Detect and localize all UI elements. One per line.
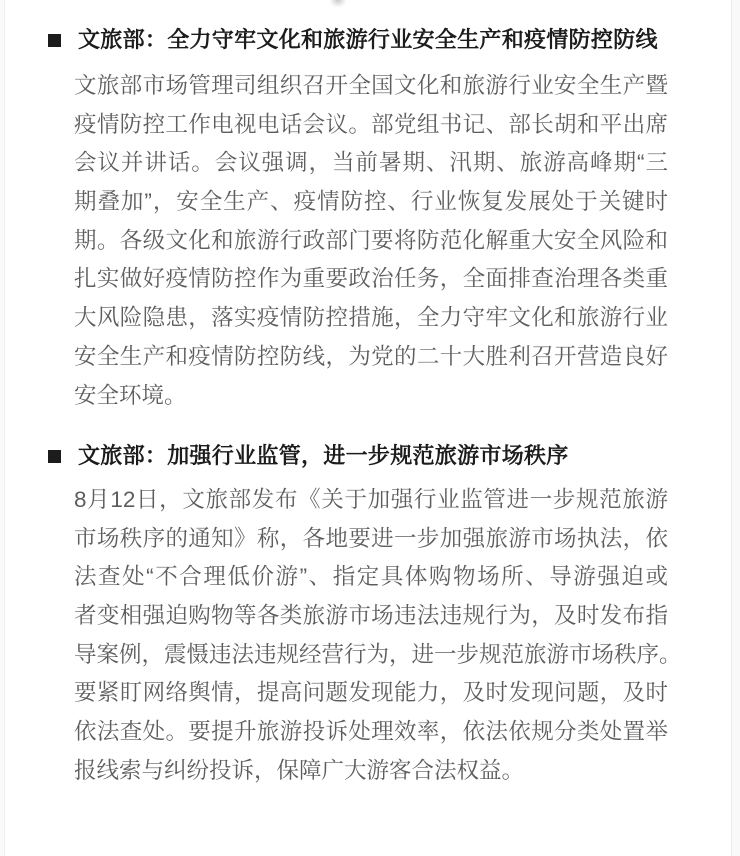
paragraph-line: 大风险隐患，落实疫情防控措施，全力守牢文化和旅游行业 (74, 299, 668, 338)
paragraph-line: 疫情防控工作电视电话会议。部党组书记、部长胡和平出席 (74, 106, 668, 145)
paragraph-line: 期叠加”，安全生产、疫情防控、行业恢复发展处于关键时 (74, 183, 668, 222)
paragraph-line: 文旅部市场管理司组织召开全国文化和旅游行业安全生产暨 (74, 67, 668, 106)
paragraph-line: 8月12日，文旅部发布《关于加强行业监管进一步规范旅游 (74, 481, 668, 520)
top-edge-artifact (330, 0, 346, 7)
paragraph-line: 市场秩序的通知》称，各地要进一步加强旅游市场执法，依 (74, 520, 668, 559)
bullet-square-icon (48, 34, 61, 47)
paragraph-line: 依法查处。要提升旅游投诉处理效率，依法依规分类处置举 (74, 713, 668, 752)
paragraph-line: 导案例，震慑违法违规经营行为，进一步规范旅游市场秩序。 (74, 636, 668, 675)
section-heading-2: 文旅部：加强行业监管，进一步规范旅游市场秩序 (48, 441, 680, 471)
section-heading-2-text: 文旅部：加强行业监管，进一步规范旅游市场秩序 (78, 441, 569, 471)
section-heading-1-text: 文旅部：全力守牢文化和旅游行业安全生产和疫情防控防线 (78, 25, 658, 55)
section-paragraph-2: 8月12日，文旅部发布《关于加强行业监管进一步规范旅游市场秩序的通知》称，各地要… (74, 481, 668, 791)
paragraph-line: 期。各级文化和旅游行政部门要将防范化解重大安全风险和 (74, 222, 668, 261)
paragraph-line: 报线索与纠纷投诉，保障广大游客合法权益。 (74, 752, 668, 791)
paragraph-line: 者变相强迫购物等各类旅游市场违法违规行为，及时发布指 (74, 597, 668, 636)
article-page: 文旅部：全力守牢文化和旅游行业安全生产和疫情防控防线 文旅部市场管理司组织召开全… (0, 0, 740, 856)
section-paragraph-1: 文旅部市场管理司组织召开全国文化和旅游行业安全生产暨疫情防控工作电视电话会议。部… (74, 67, 668, 415)
left-page-edge (0, 0, 5, 856)
right-page-edge (731, 0, 740, 856)
paragraph-line: 会议并讲话。会议强调，当前暑期、汛期、旅游高峰期“三 (74, 144, 668, 183)
paragraph-line: 要紧盯网络舆情，提高问题发现能力，及时发现问题，及时 (74, 674, 668, 713)
section-heading-1: 文旅部：全力守牢文化和旅游行业安全生产和疫情防控防线 (48, 25, 680, 55)
paragraph-line: 法查处“不合理低价游”、指定具体购物场所、导游强迫或 (74, 558, 668, 597)
bullet-square-icon (48, 450, 61, 463)
paragraph-line: 安全生产和疫情防控防线，为党的二十大胜利召开营造良好 (74, 338, 668, 377)
paragraph-line: 扎实做好疫情防控作为重要政治任务，全面排查治理各类重 (74, 260, 668, 299)
paragraph-line: 安全环境。 (74, 377, 668, 416)
